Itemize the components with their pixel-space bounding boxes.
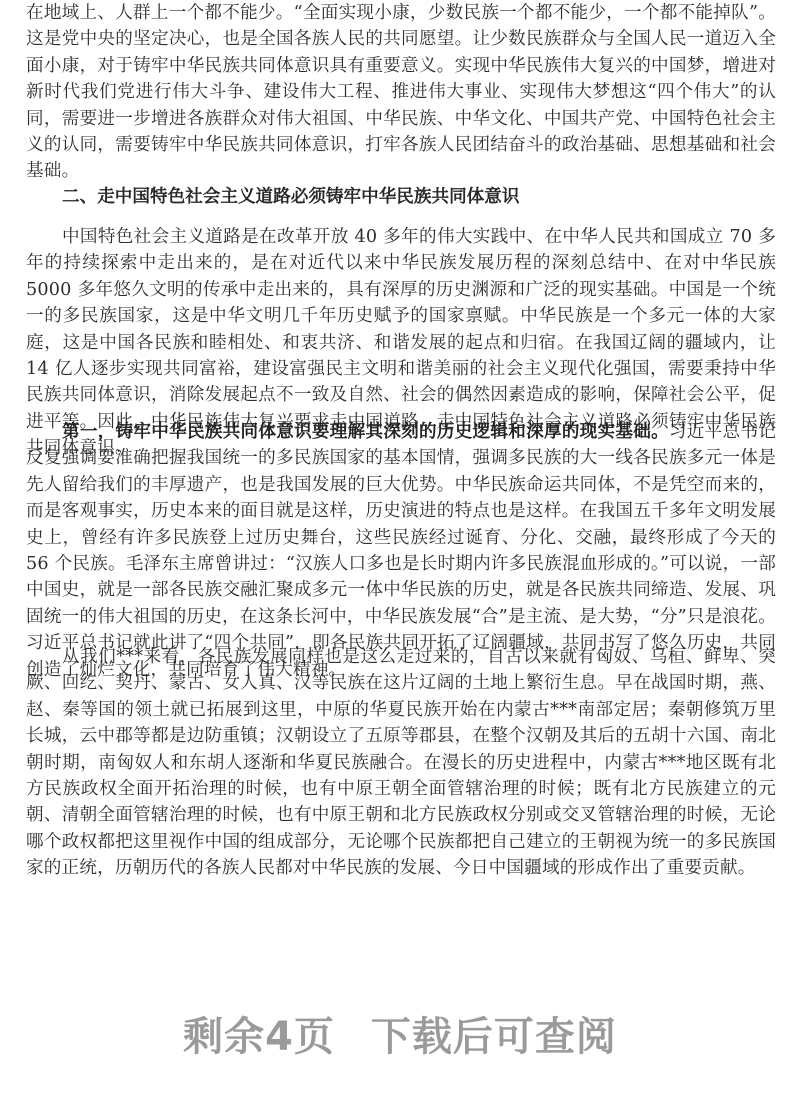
download-watermark[interactable]: 剩余4页下载后可查阅: [0, 1005, 800, 1062]
remaining-pages-text: 剩余4页: [183, 1005, 335, 1062]
section-heading: 二、走中国特色社会主义道路必须铸牢中华民族共同体意识: [62, 184, 519, 210]
paragraph-regional-history: 从我们***来看，各民族发展同样也是这么走过来的，自古以来就有匈奴、乌桓、鲜卑、…: [26, 644, 776, 882]
paragraph-lead-bold: 第一，铸牢中华民族共同体意识要理解其深刻的历史逻辑和深厚的现实基础。: [62, 421, 669, 442]
paragraph-body: 习近平总书记反复强调要准确把握我国统一的多民族国家的基本国情，强调多民族的大一线…: [26, 422, 776, 680]
download-to-view-text: 下载后可查阅: [371, 1005, 617, 1062]
paragraph-intro: 在地域上、人群上一个都不能少。“全面实现小康，少数民族一个都不能少，一个都不能掉…: [26, 0, 776, 185]
